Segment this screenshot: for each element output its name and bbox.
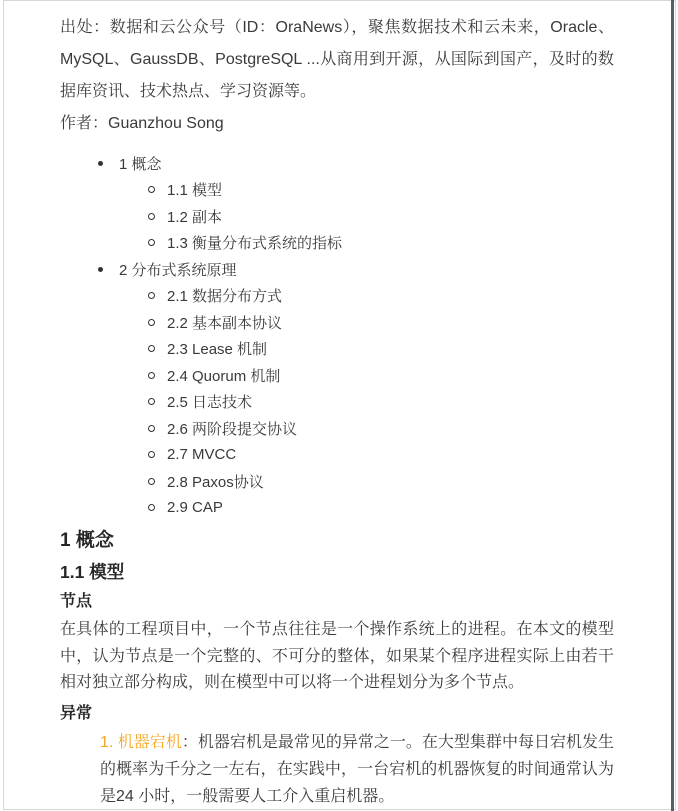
toc-item-1-2: 1.2 副本: [60, 203, 614, 230]
subheading-exception: 异常: [60, 703, 614, 725]
section-heading-1-1: 1.1 模型: [60, 561, 614, 583]
bullet-hollow-icon: [148, 504, 155, 511]
bullet-hollow-icon: [148, 451, 155, 458]
exception-highlight: 1. 机器宕机: [100, 734, 182, 751]
toc-item-label: 2 分布式系统原理: [119, 259, 237, 280]
bullet-hollow-icon: [148, 292, 155, 299]
bullet-hollow-icon: [148, 345, 155, 352]
toc-item-2-8: 2.8 Paxos协议: [60, 468, 614, 495]
toc-item-label: 2.6 两阶段提交协议: [167, 418, 297, 439]
toc-item-label: 2.3 Lease 机制: [167, 338, 267, 359]
exception-item-paragraph: 1. 机器宕机：机器宕机是最常见的异常之一。在大型集群中每日宕机发生的概率为千分…: [100, 729, 614, 810]
toc-item-label: 1.2 副本: [167, 206, 222, 227]
bullet-hollow-icon: [148, 425, 155, 432]
toc-item-label: 2.7 MVCC: [167, 446, 236, 463]
bullet-filled-icon: [98, 161, 103, 166]
toc-item-2: 2 分布式系统原理: [60, 256, 614, 283]
toc-item-2-7: 2.7 MVCC: [60, 442, 614, 469]
toc-item-label: 1.1 模型: [167, 179, 222, 200]
toc-item-label: 1.3 衡量分布式系统的指标: [167, 232, 342, 253]
section-heading-1: 1 概念: [60, 529, 614, 553]
toc-item-label: 2.4 Quorum 机制: [167, 365, 280, 386]
toc-item-1-1: 1.1 模型: [60, 177, 614, 204]
bullet-hollow-icon: [148, 398, 155, 405]
toc-item-label: 2.8 Paxos协议: [167, 471, 264, 492]
bullet-hollow-icon: [148, 478, 155, 485]
toc-item-label: 1 概念: [119, 153, 162, 174]
bullet-filled-icon: [98, 267, 103, 272]
toc-item-label: 2.5 日志技术: [167, 391, 252, 412]
toc-item-label: 2.9 CAP: [167, 499, 223, 516]
toc-item-2-9: 2.9 CAP: [60, 495, 614, 522]
author-line: 作者：Guanzhou Song: [60, 108, 614, 140]
toc-item-label: 2.1 数据分布方式: [167, 285, 282, 306]
toc-item-1-3: 1.3 衡量分布式系统的指标: [60, 230, 614, 257]
toc-item-2-6: 2.6 两阶段提交协议: [60, 415, 614, 442]
scrollbar[interactable]: [671, 0, 674, 811]
bullet-hollow-icon: [148, 319, 155, 326]
toc-item-2-5: 2.5 日志技术: [60, 389, 614, 416]
bullet-hollow-icon: [148, 239, 155, 246]
toc-item-1: 1 概念: [60, 150, 614, 177]
article-content: 出处：数据和云公众号（ID：OraNews），聚焦数据技术和云未来，Oracle…: [60, 12, 614, 811]
bullet-hollow-icon: [148, 213, 155, 220]
bullet-hollow-icon: [148, 186, 155, 193]
document-page: 出处：数据和云公众号（ID：OraNews），聚焦数据技术和云未来，Oracle…: [0, 0, 678, 811]
toc-item-2-3: 2.3 Lease 机制: [60, 336, 614, 363]
table-of-contents: 1 概念 1.1 模型 1.2 副本 1.3 衡量分布式系统的指标 2 分布式系…: [60, 150, 614, 521]
toc-item-2-1: 2.1 数据分布方式: [60, 283, 614, 310]
source-paragraph: 出处：数据和云公众号（ID：OraNews），聚焦数据技术和云未来，Oracle…: [60, 12, 614, 108]
toc-item-2-2: 2.2 基本副本协议: [60, 309, 614, 336]
subheading-node: 节点: [60, 591, 614, 613]
bullet-hollow-icon: [148, 372, 155, 379]
toc-item-label: 2.2 基本副本协议: [167, 312, 282, 333]
node-paragraph: 在具体的工程项目中，一个节点往往是一个操作系统上的进程。在本文的模型中，认为节点…: [60, 617, 614, 697]
toc-item-2-4: 2.4 Quorum 机制: [60, 362, 614, 389]
